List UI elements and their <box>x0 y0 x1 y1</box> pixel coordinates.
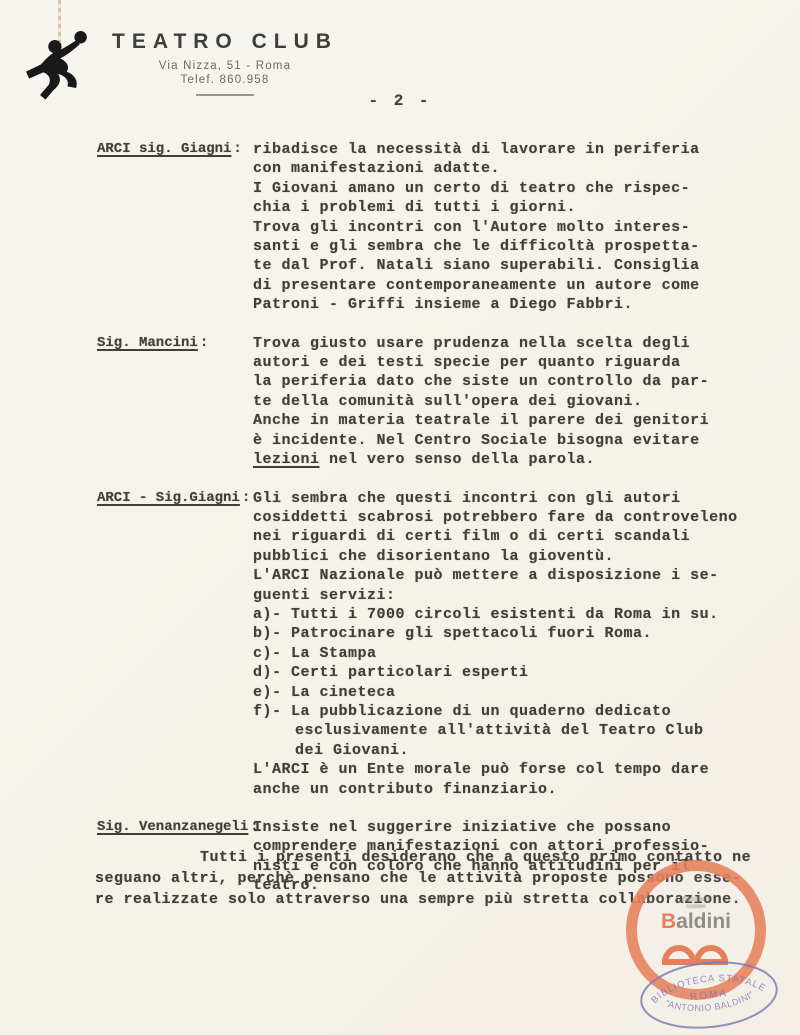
speaker-label: Sig. Venanzanegeli: <box>97 818 253 837</box>
list-item-d: d)- Certi particolari esperti <box>253 663 765 682</box>
speaker-label: ARCI - Sig.Giagni: <box>97 489 253 508</box>
speaker-statement: ribadisce la necessità di lavorare in pe… <box>253 140 765 315</box>
text-line: dei Giovani. <box>253 741 765 760</box>
text-line: Gli sembra che questi incontri con gli a… <box>253 489 765 508</box>
text-line: Trova gli incontri con l'Autore molto in… <box>253 218 765 237</box>
text-line: Trova giusto usare prudenza nella scelta… <box>253 334 765 353</box>
list-item-e: e)- La cineteca <box>253 683 765 702</box>
list-item-c: c)- La Stampa <box>253 644 765 663</box>
text-line: chia i problemi di tutti i giorni. <box>253 198 765 217</box>
letterhead: TEATRO CLUB Via Nizza, 51 - Roma Telef. … <box>14 0 338 105</box>
text-line: autori e dei testi specie per quanto rig… <box>253 353 765 372</box>
text-line: I Giovani amano un certo di teatro che r… <box>253 179 765 198</box>
page-number: - 2 - <box>0 92 800 110</box>
text-line: L'ARCI Nazionale può mettere a disposizi… <box>253 566 765 585</box>
text-line: guenti servizi: <box>253 586 765 605</box>
minute-entry-giagni-2: ARCI - Sig.Giagni: Gli sembra che questi… <box>97 489 765 800</box>
teatro-club-logo <box>14 0 100 105</box>
text-line: è incidente. Nel Centro Sociale bisogna … <box>253 431 765 450</box>
letterhead-address: Via Nizza, 51 - Roma <box>112 60 338 72</box>
list-item-f: f)- La pubblicazione di un quaderno dedi… <box>253 702 765 721</box>
text-line: nei riguardi di certi film o di certi sc… <box>253 527 765 546</box>
acrobat-figure-icon <box>18 24 98 102</box>
list-item-a: a)- Tutti i 7000 circoli esistenti da Ro… <box>253 605 765 624</box>
text-line: santi e gli sembra che le difficoltà pro… <box>253 237 765 256</box>
speaker-statement: Trova giusto usare prudenza nella scelta… <box>253 334 765 470</box>
text-line: la periferia dato che siste un controllo… <box>253 372 765 391</box>
letterhead-phone: Telef. 860.958 <box>112 74 338 86</box>
text-line: pubblici che disorientano la gioventù. <box>253 547 765 566</box>
minutes-body: ARCI sig. Giagni: ribadisce la necessità… <box>97 140 765 915</box>
minute-entry-giagni-1: ARCI sig. Giagni: ribadisce la necessità… <box>97 140 765 315</box>
speaker-label: ARCI sig. Giagni: <box>97 140 253 159</box>
text-line: te dal Prof. Natali siano superabili. Co… <box>253 256 765 275</box>
watermark-name: Baldini <box>661 911 731 933</box>
list-item-b: b)- Patrocinare gli spettacoli fuori Rom… <box>253 624 765 643</box>
speaker-statement: Gli sembra che questi incontri con gli a… <box>253 489 765 800</box>
speaker-label: Sig. Mancini: <box>97 334 253 353</box>
letterhead-title: TEATRO CLUB <box>112 30 338 54</box>
text-line: cosiddetti scabrosi potrebbero fare da c… <box>253 508 765 527</box>
text-line: di presentare contemporaneamente un auto… <box>253 276 765 295</box>
text-line: Patroni - Griffi insieme a Diego Fabbri. <box>253 295 765 314</box>
text-line: anche un contributo finanziario. <box>253 780 765 799</box>
text-line: Insiste nel suggerire iniziative che pos… <box>253 818 765 837</box>
text-line: esclusivamente all'attività del Teatro C… <box>253 721 765 740</box>
text-line: L'ARCI è un Ente morale può forse col te… <box>253 760 765 779</box>
minute-entry-mancini: Sig. Mancini: Trova giusto usare prudenz… <box>97 334 765 470</box>
library-oval-stamp: BIBLIOTECA STATALE ROMA "ANTONIO BALDINI… <box>630 947 788 1035</box>
watermark-small-text: Biblioteca statale <box>682 896 710 910</box>
text-line: Anche in materia teatrale il parere dei … <box>253 411 765 430</box>
text-line: con manifestazioni adatte. <box>253 159 765 178</box>
text-line: te della comunità sull'opera dei giovani… <box>253 392 765 411</box>
text-line: lezioni nel vero senso della parola. <box>253 450 765 469</box>
scanned-document-page: TEATRO CLUB Via Nizza, 51 - Roma Telef. … <box>0 0 800 1035</box>
text-line: ribadisce la necessità di lavorare in pe… <box>253 140 765 159</box>
